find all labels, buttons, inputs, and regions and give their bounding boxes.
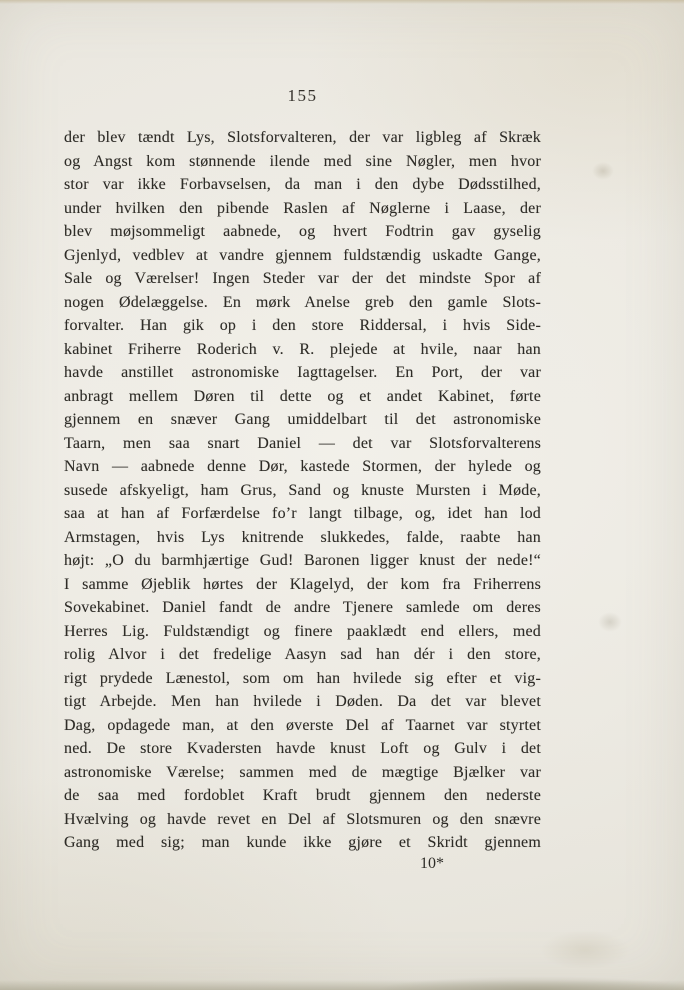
- text-block: der blev tændt Lys, Slotsforvalteren, de…: [64, 126, 541, 855]
- paper-stain: [540, 930, 630, 970]
- text-line: Herres Lig. Fuldstændigt og finere paakl…: [64, 620, 541, 644]
- text-line: astronomiske Værelse; sammen med de mægt…: [64, 761, 541, 785]
- paper-stain: [592, 162, 614, 180]
- text-line: Sovekabinet. Daniel fandt de andre Tjene…: [64, 596, 541, 620]
- text-line: og Angst kom stønnende ilende med sine N…: [64, 150, 541, 174]
- text-line: Sale og Værelser! Ingen Steder var der d…: [64, 267, 541, 291]
- text-line: kabinet Friherre Roderich v. R. plejede …: [64, 338, 541, 362]
- text-line: havde anstillet astronomiske Iagttagelse…: [64, 361, 541, 385]
- signature-mark: 10*: [420, 852, 444, 875]
- text-line: blev møjsommeligt aabnede, og hvert Fodt…: [64, 220, 541, 244]
- text-line: stor var ikke Forbavselsen, da man i den…: [64, 173, 541, 197]
- text-line: Dag, opdagede man, at den øverste Del af…: [64, 714, 541, 738]
- text-line: Gang med sig; man kunde ikke gjøre et Sk…: [64, 831, 541, 855]
- text-line: ned. De store Kvadersten havde knust Lof…: [64, 737, 541, 761]
- text-line: gjennem en snæver Gang umiddelbart til d…: [64, 408, 541, 432]
- text-line: de saa med fordoblet Kraft brudt gjennem…: [64, 784, 541, 808]
- text-line: tigt Arbejde. Men han hvilede i Døden. D…: [64, 690, 541, 714]
- text-line: anbragt mellem Døren til dette og et and…: [64, 385, 541, 409]
- text-line: rolig Alvor i det fredelige Aasyn sad ha…: [64, 643, 541, 667]
- page-top-edge: [0, 0, 684, 4]
- text-line: højt: „O du barmhjærtige Gud! Baronen li…: [64, 549, 541, 573]
- text-line: nogen Ødelæggelse. En mørk Anelse greb d…: [64, 291, 541, 315]
- book-page: 155 der blev tændt Lys, Slotsforvalteren…: [0, 0, 684, 990]
- text-line: Gjenlyd, vedblev at vandre gjennem fulds…: [64, 244, 541, 268]
- text-line: Hvælving og havde revet en Del af Slotsm…: [64, 808, 541, 832]
- page-number: 155: [64, 86, 541, 106]
- page-bottom-edge: [0, 980, 684, 990]
- text-line: Armstagen, hvis Lys knitrende slukkedes,…: [64, 526, 541, 550]
- text-line: forvalter. Han gik op i den store Ridder…: [64, 314, 541, 338]
- text-line: susede afskyeligt, ham Grus, Sand og knu…: [64, 479, 541, 503]
- text-line: under hvilken den pibende Raslen af Nøgl…: [64, 197, 541, 221]
- paper-stain: [598, 612, 622, 632]
- text-line: Taarn, men saa snart Daniel — det var Sl…: [64, 432, 541, 456]
- text-line: I samme Øjeblik hørtes der Klagelyd, der…: [64, 573, 541, 597]
- text-line: der blev tændt Lys, Slotsforvalteren, de…: [64, 126, 541, 150]
- text-line: saa at han af Forfærdelse fo’r langt til…: [64, 502, 541, 526]
- text-line: rigt prydede Lænestol, som om han hviled…: [64, 667, 541, 691]
- text-line: Navn — aabnede denne Dør, kastede Storme…: [64, 455, 541, 479]
